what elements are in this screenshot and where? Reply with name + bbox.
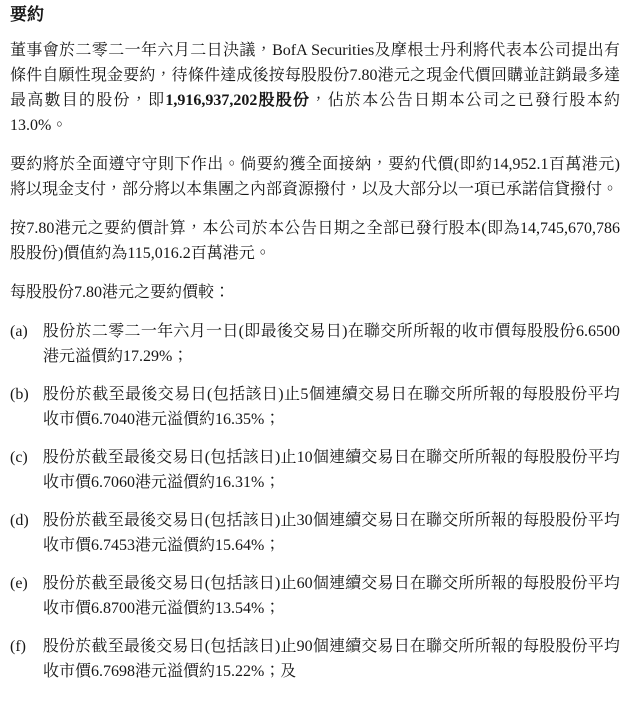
maximum-number-of-shares: 1,916,937,202股股份 bbox=[165, 92, 310, 109]
paragraph-funding: 要約將於全面遵守守則下作出。倘要約獲全面接納，要約代價(即約14,952.1百萬… bbox=[10, 152, 620, 202]
premium-list-item: (f) 股份於截至最後交易日(包括該日)止90個連續交易日在聯交所所報的每股股份… bbox=[10, 634, 620, 684]
paragraph-offer-resolution: 董事會於二零二一年六月二日決議，BofA Securities及摩根士丹利將代表… bbox=[10, 38, 620, 138]
premium-list-item: (a) 股份於二零二一年六月一日(即最後交易日)在聯交所所報的收市價每股股份6.… bbox=[10, 319, 620, 369]
list-item-label: (e) bbox=[10, 571, 43, 621]
list-item-text: 股份於截至最後交易日(包括該日)止30個連續交易日在聯交所所報的每股股份平均收市… bbox=[43, 508, 620, 558]
premium-list-item: (e) 股份於截至最後交易日(包括該日)止60個連續交易日在聯交所所報的每股股份… bbox=[10, 571, 620, 621]
premium-list-item: (c) 股份於截至最後交易日(包括該日)止10個連續交易日在聯交所所報的每股股份… bbox=[10, 445, 620, 495]
paragraph-premium-intro: 每股股份7.80港元之要約價較： bbox=[10, 280, 620, 305]
premium-list-item: (d) 股份於截至最後交易日(包括該日)止30個連續交易日在聯交所所報的每股股份… bbox=[10, 508, 620, 558]
list-item-text: 股份於截至最後交易日(包括該日)止90個連續交易日在聯交所所報的每股股份平均收市… bbox=[43, 634, 620, 684]
list-item-label: (b) bbox=[10, 382, 43, 432]
list-item-label: (c) bbox=[10, 445, 43, 495]
list-item-text: 股份於二零二一年六月一日(即最後交易日)在聯交所所報的收市價每股股份6.6500… bbox=[43, 319, 620, 369]
list-item-label: (f) bbox=[10, 634, 43, 684]
list-item-text: 股份於截至最後交易日(包括該日)止60個連續交易日在聯交所所報的每股股份平均收市… bbox=[43, 571, 620, 621]
list-item-text: 股份於截至最後交易日(包括該日)止10個連續交易日在聯交所所報的每股股份平均收市… bbox=[43, 445, 620, 495]
premium-list-item: (b) 股份於截至最後交易日(包括該日)止5個連續交易日在聯交所所報的每股股份平… bbox=[10, 382, 620, 432]
list-item-label: (a) bbox=[10, 319, 43, 369]
list-item-text: 股份於截至最後交易日(包括該日)止5個連續交易日在聯交所所報的每股股份平均收市價… bbox=[43, 382, 620, 432]
paragraph-share-capital-value: 按7.80港元之要約價計算，本公司於本公告日期之全部已發行股本(即為14,745… bbox=[10, 216, 620, 266]
announcement-page: 要約 董事會於二零二一年六月二日決議，BofA Securities及摩根士丹利… bbox=[0, 0, 632, 710]
section-heading: 要約 bbox=[10, 4, 620, 26]
premium-list: (a) 股份於二零二一年六月一日(即最後交易日)在聯交所所報的收市價每股股份6.… bbox=[10, 319, 620, 684]
list-item-label: (d) bbox=[10, 508, 43, 558]
